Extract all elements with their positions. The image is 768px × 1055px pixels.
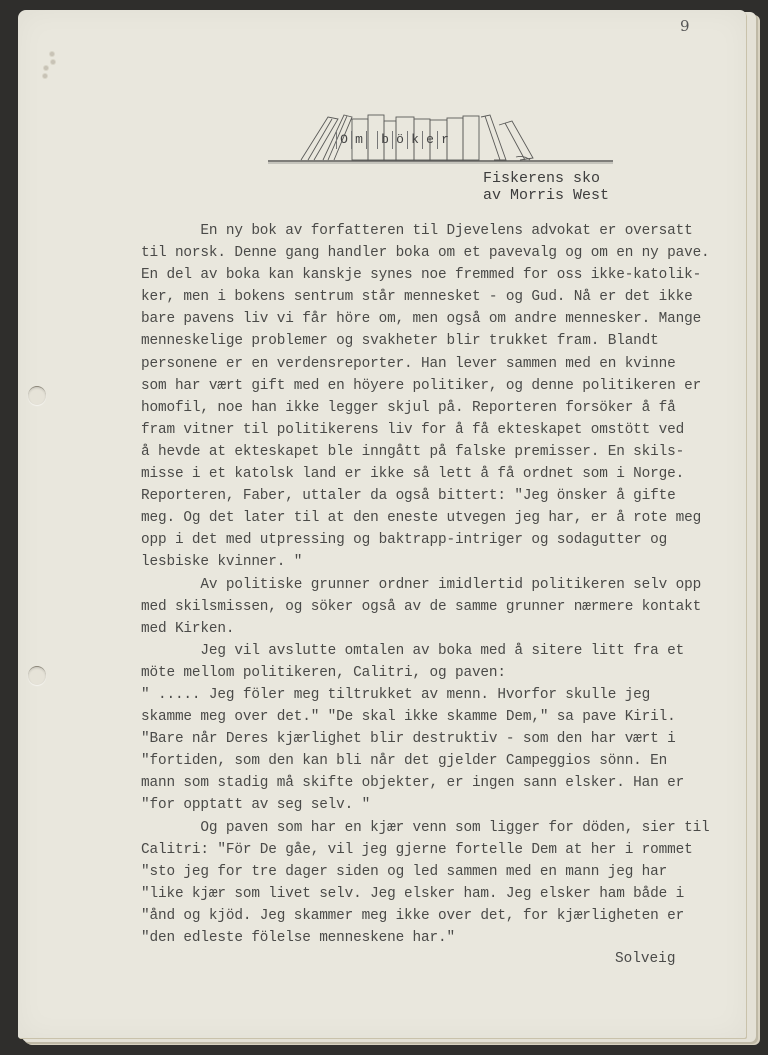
body-text-line: Jeg vil avslutte omtalen av boka med å s…	[141, 640, 761, 662]
page-number: 9	[680, 17, 690, 35]
body-text-line: En ny bok av forfatteren til Djevelens a…	[141, 220, 761, 242]
body-text-line: ker, men i bokens sentrum står mennesket…	[141, 286, 761, 308]
body-text-line: misse i et katolsk land er ikke så lett …	[141, 463, 761, 485]
header-letter: b	[377, 131, 392, 149]
body-text-line: lesbiske kvinner. "	[141, 551, 761, 573]
body-text-line: skamme meg over det." "De skal ikke skam…	[141, 706, 761, 728]
body-text-line: Av politiske grunner ordner imidlertid p…	[141, 574, 761, 596]
body-text-line: å hevde at ekteskapet ble inngått på fal…	[141, 441, 761, 463]
body-text-line: "Bare når Deres kjærlighet blir destrukt…	[141, 728, 761, 750]
book-author: av Morris West	[483, 187, 609, 204]
punch-hole-top	[28, 386, 46, 405]
punch-hole-bottom	[28, 666, 46, 685]
body-text-line: meg. Og det later til at den eneste utve…	[141, 507, 761, 529]
document-page: 9	[18, 10, 746, 1038]
body-text-line: Reporteren, Faber, uttaler da også bitte…	[141, 485, 761, 507]
pin-holes	[42, 52, 56, 82]
body-text-line: til norsk. Denne gang handler boka om et…	[141, 242, 761, 264]
review-body: En ny bok av forfatteren til Djevelens a…	[141, 220, 761, 949]
body-text-line: menneskelige problemer og svakheter blir…	[141, 330, 761, 352]
header-letter: m	[351, 131, 366, 149]
body-text-line: opp i det med utpressing og baktrapp-int…	[141, 529, 761, 551]
body-text-line: Og paven som har en kjær venn som ligger…	[141, 817, 761, 839]
header-letter-gap	[366, 131, 377, 149]
header-letter: e	[422, 131, 437, 149]
book-title: Fiskerens sko	[483, 170, 609, 187]
body-text-line: "ånd og kjöd. Jeg skammer meg ikke over …	[141, 905, 761, 927]
body-text-line: "den edleste fölelse menneskene har."	[141, 927, 761, 949]
header-letter: k	[407, 131, 422, 149]
body-text-line: med skilsmissen, og söker også av de sam…	[141, 596, 761, 618]
body-text-line: möte mellom politikeren, Calitri, og pav…	[141, 662, 761, 684]
body-text-line: "sto jeg for tre dager siden og led samm…	[141, 861, 761, 883]
header-letter: O	[336, 131, 351, 149]
body-text-line: " ..... Jeg föler meg tiltrukket av menn…	[141, 684, 761, 706]
body-text-line: bare pavens liv vi får höre om, men også…	[141, 308, 761, 330]
body-text-line: personene er en verdensreporter. Han lev…	[141, 353, 761, 375]
body-text-line: som har vært gift med en höyere politike…	[141, 375, 761, 397]
body-text-line: med Kirken.	[141, 618, 761, 640]
body-text-line: fram vitner til politikerens liv for å f…	[141, 419, 761, 441]
body-text-line: "like kjær som livet selv. Jeg elsker ha…	[141, 883, 761, 905]
body-text-line: mann som stadig må skifte objekter, er i…	[141, 772, 761, 794]
body-text-line: Calitri: "För De gåe, vil jeg gjerne for…	[141, 839, 761, 861]
review-heading: Fiskerens sko av Morris West	[483, 170, 609, 204]
body-text-line: homofil, noe han ikke legger skjul på. R…	[141, 397, 761, 419]
body-text-line: "fortiden, som den kan bli når det gjeld…	[141, 750, 761, 772]
body-text-line: "for opptatt av seg selv. "	[141, 794, 761, 816]
header-letter: r	[437, 131, 452, 149]
header-title-om-boker: O m b ö k e r	[336, 131, 452, 149]
body-text-line: En del av boka kan kanskje synes noe fre…	[141, 264, 761, 286]
header-letter: ö	[392, 131, 407, 149]
signature: Solveig	[615, 951, 675, 967]
